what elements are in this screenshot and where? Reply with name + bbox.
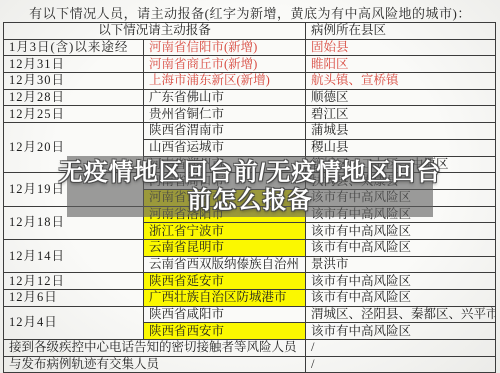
document-page: 有以下情况人员，请主动报备(红字为新增，黄底为有中高风险地的城市)： 以下情况请… bbox=[0, 0, 500, 373]
table-row: 12月12日陕西省延安市该市有中高风险区 bbox=[4, 273, 496, 290]
table-row: 12月6日广西壮族自治区防城港市该市有中高风险区 bbox=[4, 290, 496, 307]
date-cell: 12月30日 bbox=[4, 73, 144, 90]
district-cell: 渭城区、泾阳县、秦都区、兴平市 bbox=[306, 306, 496, 323]
city-cell: 陕西省渭南市 bbox=[144, 123, 306, 140]
date-cell: 12月6日 bbox=[4, 290, 144, 307]
district-cell: 航头镇、宣桥镇 bbox=[306, 73, 496, 90]
table-header-row: 以下情况请主动报备 病例所在县区 bbox=[4, 23, 496, 40]
col-header-situation: 以下情况请主动报备 bbox=[4, 23, 306, 40]
city-cell: 广东省佛山市 bbox=[144, 89, 306, 106]
table-footer-row: 接到各级疾控中心电话告知的密切接触者等风险人员/ bbox=[4, 340, 496, 357]
district-cell: 该市有中高风险区 bbox=[306, 273, 496, 290]
city-cell: 陕西省延安市 bbox=[144, 273, 306, 290]
city-cell: 云南省昆明市 bbox=[144, 239, 306, 256]
district-cell: 该市有中高风险区 bbox=[306, 290, 496, 307]
date-cell: 12月28日 bbox=[4, 89, 144, 106]
table-row: 12月30日上海市浦东新区(新增)航头镇、宣桥镇 bbox=[4, 73, 496, 90]
table-row: 12月31日河南省商丘市(新增)睢阳区 bbox=[4, 56, 496, 73]
city-cell: 河南省信阳市(新增) bbox=[144, 39, 306, 56]
date-cell: 12月12日 bbox=[4, 273, 144, 290]
watermark-overlay: 无疫情地区回台前/无疫情地区回台 前怎么报备 bbox=[67, 156, 433, 217]
city-cell: 河南省商丘市(新增) bbox=[144, 56, 306, 73]
district-cell: / bbox=[306, 356, 496, 373]
district-cell: 稷山县 bbox=[306, 139, 496, 156]
date-cell: 12月14日 bbox=[4, 239, 144, 272]
table-footer-row: 与发布病例轨迹有交集人员/ bbox=[4, 356, 496, 373]
city-cell: 陕西省西安市 bbox=[144, 323, 306, 340]
city-cell: 陕西省咸阳市 bbox=[144, 306, 306, 323]
situation-cell: 与发布病例轨迹有交集人员 bbox=[4, 356, 306, 373]
date-cell: 12月31日 bbox=[4, 56, 144, 73]
city-cell: 云南省西双版纳傣族自治州 bbox=[144, 256, 306, 273]
city-cell: 贵州省铜仁市 bbox=[144, 106, 306, 123]
district-cell: 碧江区 bbox=[306, 106, 496, 123]
watermark-line1: 无疫情地区回台前/无疫情地区回台 bbox=[59, 159, 442, 187]
page-title: 有以下情况人员，请主动报备(红字为新增，黄底为有中高风险地的城市)： bbox=[0, 3, 500, 22]
district-cell: 该市有中高风险区 bbox=[306, 323, 496, 340]
city-cell: 广西壮族自治区防城港市 bbox=[144, 290, 306, 307]
date-cell: 12月25日 bbox=[4, 106, 144, 123]
district-cell: 蒲城县 bbox=[306, 123, 496, 140]
table-row: 12月4日陕西省咸阳市渭城区、泾阳县、秦都区、兴平市 bbox=[4, 306, 496, 323]
table-row: 1月3日(含)以来途经河南省信阳市(新增)固始县 bbox=[4, 39, 496, 56]
city-cell: 上海市浦东新区(新增) bbox=[144, 73, 306, 90]
col-header-district: 病例所在县区 bbox=[306, 23, 496, 40]
table-row: 12月20日陕西省渭南市蒲城县 bbox=[4, 123, 496, 140]
table-row: 12月28日广东省佛山市顺德区 bbox=[4, 89, 496, 106]
date-cell: 12月4日 bbox=[4, 306, 144, 339]
district-cell: 顺德区 bbox=[306, 89, 496, 106]
table-row: 12月25日贵州省铜仁市碧江区 bbox=[4, 106, 496, 123]
date-cell: 1月3日(含)以来途经 bbox=[4, 39, 144, 56]
district-cell: 睢阳区 bbox=[306, 56, 496, 73]
district-cell: 景洪市 bbox=[306, 256, 496, 273]
district-cell: 固始县 bbox=[306, 39, 496, 56]
city-cell: 浙江省宁波市 bbox=[144, 223, 306, 240]
district-cell: 该市有中高风险区 bbox=[306, 223, 496, 240]
table-row: 12月14日云南省昆明市该市有中高风险区 bbox=[4, 239, 496, 256]
situation-cell: 接到各级疾控中心电话告知的密切接触者等风险人员 bbox=[4, 340, 306, 357]
district-cell: 该市有中高风险区 bbox=[306, 239, 496, 256]
city-cell: 山西省运城市 bbox=[144, 139, 306, 156]
district-cell: / bbox=[306, 340, 496, 357]
watermark-line2: 前怎么报备 bbox=[188, 187, 313, 215]
